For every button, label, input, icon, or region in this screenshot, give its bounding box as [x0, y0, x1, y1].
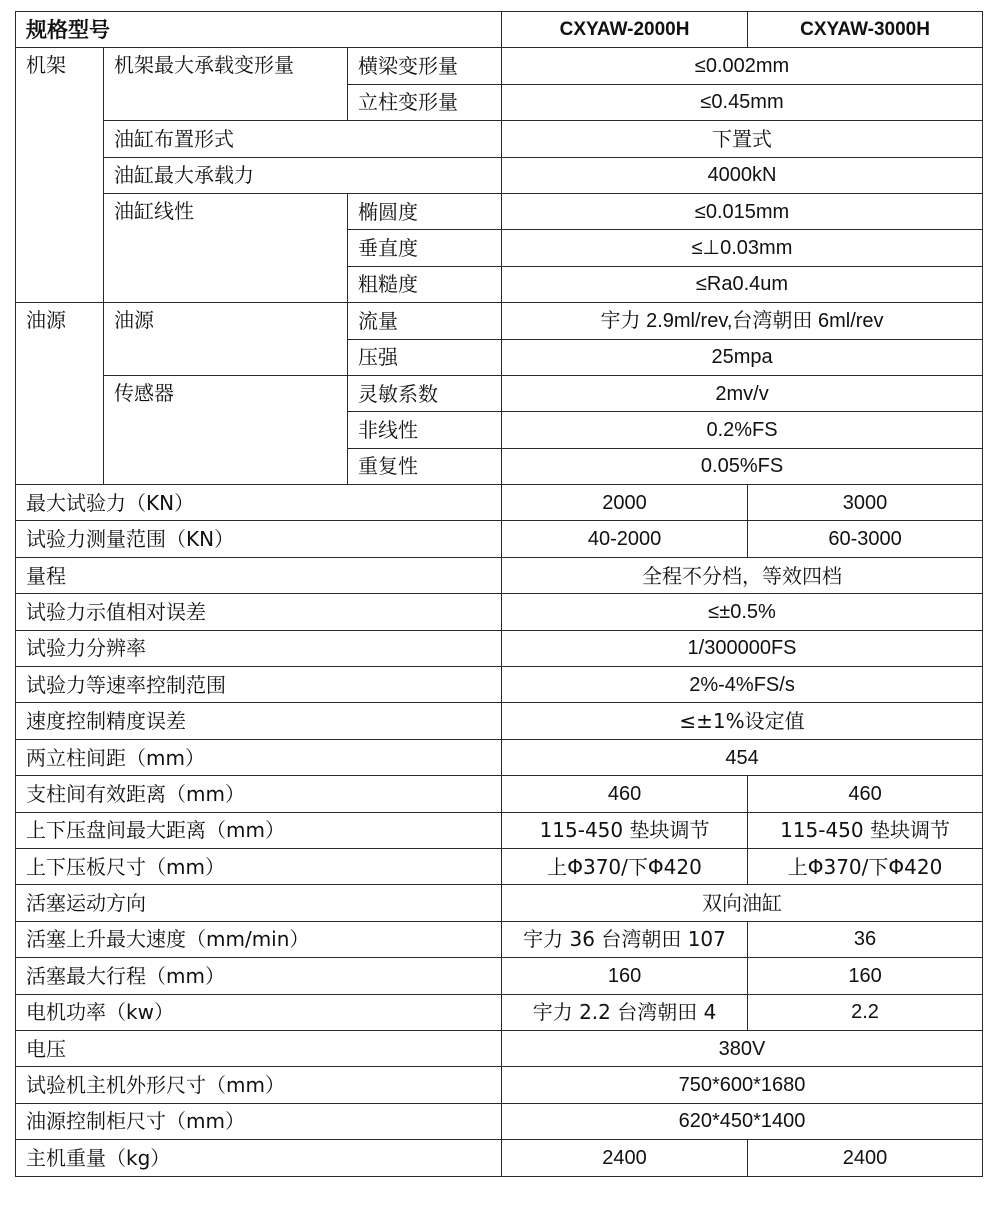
table-row: 上下压盘间最大距离（mm） 115-450 垫块调节 115-450 垫块调节 — [16, 812, 983, 848]
table-row: 两立柱间距（mm） 454 — [16, 739, 983, 775]
spec-value-2000h: 160 — [502, 958, 748, 994]
spec-label: 电压 — [16, 1030, 502, 1066]
spec-label: 试验力示值相对误差 — [16, 594, 502, 630]
spec-value: ≤0.002mm — [502, 48, 983, 84]
table-row: 试验力等速率控制范围 2%-4%FS/s — [16, 667, 983, 703]
spec-value-3000h: 上Φ370/下Φ420 — [748, 848, 983, 884]
table-row: 电压 380V — [16, 1030, 983, 1066]
table-row: 量程 全程不分档，等效四档 — [16, 557, 983, 593]
table-row: 油缸最大承载力 4000kN — [16, 157, 983, 193]
spec-label: 试验力分辨率 — [16, 630, 502, 666]
spec-label: 量程 — [16, 557, 502, 593]
table-row: 试验力示值相对误差 ≤±0.5% — [16, 594, 983, 630]
table-row: 最大试验力（KN） 2000 3000 — [16, 485, 983, 521]
spec-value-2000h: 宇力 2.2 台湾朝田 4 — [502, 994, 748, 1030]
table-row: 油源控制柜尺寸（mm） 620*450*1400 — [16, 1103, 983, 1139]
spec-value: 750*600*1680 — [502, 1067, 983, 1103]
table-row: 试验力测量范围（KN） 40-2000 60-3000 — [16, 521, 983, 557]
sub-label: 粗糙度 — [348, 266, 502, 302]
spec-label: 上下压盘间最大距离（mm） — [16, 812, 502, 848]
table-row: 油缸线性 椭圆度 ≤0.015mm — [16, 193, 983, 229]
spec-value: ≤Ra0.4um — [502, 266, 983, 302]
header-title: 规格型号 — [16, 12, 502, 48]
spec-value-2000h: 上Φ370/下Φ420 — [502, 848, 748, 884]
spec-label: 上下压板尺寸（mm） — [16, 848, 502, 884]
table-row: 油缸布置形式 下置式 — [16, 121, 983, 157]
spec-value: 2%-4%FS/s — [502, 667, 983, 703]
spec-value: 1/300000FS — [502, 630, 983, 666]
spec-value: 双向油缸 — [502, 885, 983, 921]
table-row: 速度控制精度误差 ≤±1%设定值 — [16, 703, 983, 739]
spec-value: ≤0.45mm — [502, 84, 983, 120]
oil-source-label: 油源 — [104, 303, 348, 376]
spec-value: ≤±1%设定值 — [502, 703, 983, 739]
model-header-3000h: CXYAW-3000H — [748, 12, 983, 48]
table-row: 活塞最大行程（mm） 160 160 — [16, 958, 983, 994]
spec-label: 主机重量（kg） — [16, 1140, 502, 1176]
sub-label: 非线性 — [348, 412, 502, 448]
spec-value-2000h: 宇力 36 台湾朝田 107 — [502, 921, 748, 957]
spec-value-3000h: 115-450 垫块调节 — [748, 812, 983, 848]
sub-label: 椭圆度 — [348, 193, 502, 229]
table-row: 电机功率（kw） 宇力 2.2 台湾朝田 4 2.2 — [16, 994, 983, 1030]
table-row: 机架 机架最大承载变形量 横梁变形量 ≤0.002mm — [16, 48, 983, 84]
spec-value: ≤⊥0.03mm — [502, 230, 983, 266]
spec-value: 380V — [502, 1030, 983, 1066]
sub-label: 重复性 — [348, 448, 502, 484]
spec-value: 下置式 — [502, 121, 983, 157]
sub-label: 压强 — [348, 339, 502, 375]
sub-label: 垂直度 — [348, 230, 502, 266]
spec-label: 最大试验力（KN） — [16, 485, 502, 521]
sub-label: 流量 — [348, 303, 502, 339]
spec-label: 支柱间有效距离（mm） — [16, 776, 502, 812]
cylinder-linearity-label: 油缸线性 — [104, 193, 348, 302]
spec-label: 速度控制精度误差 — [16, 703, 502, 739]
spec-value: 2mv/v — [502, 375, 983, 411]
table-row: 支柱间有效距离（mm） 460 460 — [16, 776, 983, 812]
spec-value: 全程不分档，等效四档 — [502, 557, 983, 593]
spec-value: 4000kN — [502, 157, 983, 193]
spec-value-3000h: 460 — [748, 776, 983, 812]
spec-value-3000h: 36 — [748, 921, 983, 957]
spec-value: 0.2%FS — [502, 412, 983, 448]
spec-table: 规格型号 CXYAW-2000H CXYAW-3000H 机架 机架最大承载变形… — [15, 11, 983, 1177]
spec-value-2000h: 460 — [502, 776, 748, 812]
spec-value-3000h: 3000 — [748, 485, 983, 521]
table-row: 主机重量（kg） 2400 2400 — [16, 1140, 983, 1176]
sub-label: 立柱变形量 — [348, 84, 502, 120]
table-row: 活塞上升最大速度（mm/min） 宇力 36 台湾朝田 107 36 — [16, 921, 983, 957]
group-oil-source-label: 油源 — [16, 303, 104, 485]
spec-value-2000h: 2000 — [502, 485, 748, 521]
spec-value-2000h: 2400 — [502, 1140, 748, 1176]
spec-label: 油缸最大承载力 — [104, 157, 502, 193]
spec-value-3000h: 2400 — [748, 1140, 983, 1176]
table-row: 活塞运动方向 双向油缸 — [16, 885, 983, 921]
spec-label: 电机功率（kw） — [16, 994, 502, 1030]
spec-value-2000h: 115-450 垫块调节 — [502, 812, 748, 848]
table-row: 传感器 灵敏系数 2mv/v — [16, 375, 983, 411]
spec-label: 两立柱间距（mm） — [16, 739, 502, 775]
header-row: 规格型号 CXYAW-2000H CXYAW-3000H — [16, 12, 983, 48]
spec-label: 油缸布置形式 — [104, 121, 502, 157]
model-header-2000h: CXYAW-2000H — [502, 12, 748, 48]
spec-label: 活塞最大行程（mm） — [16, 958, 502, 994]
frame-deformation-label: 机架最大承载变形量 — [104, 48, 348, 121]
spec-value: 620*450*1400 — [502, 1103, 983, 1139]
spec-value-3000h: 160 — [748, 958, 983, 994]
spec-value: 0.05%FS — [502, 448, 983, 484]
spec-label: 试验机主机外形尺寸（mm） — [16, 1067, 502, 1103]
sensor-label: 传感器 — [104, 375, 348, 484]
spec-value-2000h: 40-2000 — [502, 521, 748, 557]
table-row: 油源 油源 流量 宇力 2.9ml/rev,台湾朝田 6ml/rev — [16, 303, 983, 339]
spec-label: 试验力等速率控制范围 — [16, 667, 502, 703]
spec-value-3000h: 2.2 — [748, 994, 983, 1030]
group-frame-label: 机架 — [16, 48, 104, 303]
spec-label: 活塞运动方向 — [16, 885, 502, 921]
spec-value: ≤0.015mm — [502, 193, 983, 229]
spec-value: ≤±0.5% — [502, 594, 983, 630]
spec-value: 454 — [502, 739, 983, 775]
sub-label: 横梁变形量 — [348, 48, 502, 84]
spec-value-3000h: 60-3000 — [748, 521, 983, 557]
table-row: 试验力分辨率 1/300000FS — [16, 630, 983, 666]
table-row: 试验机主机外形尺寸（mm） 750*600*1680 — [16, 1067, 983, 1103]
spec-label: 油源控制柜尺寸（mm） — [16, 1103, 502, 1139]
spec-label: 活塞上升最大速度（mm/min） — [16, 921, 502, 957]
spec-value: 25mpa — [502, 339, 983, 375]
spec-value: 宇力 2.9ml/rev,台湾朝田 6ml/rev — [502, 303, 983, 339]
table-row: 上下压板尺寸（mm） 上Φ370/下Φ420 上Φ370/下Φ420 — [16, 848, 983, 884]
spec-label: 试验力测量范围（KN） — [16, 521, 502, 557]
sub-label: 灵敏系数 — [348, 375, 502, 411]
